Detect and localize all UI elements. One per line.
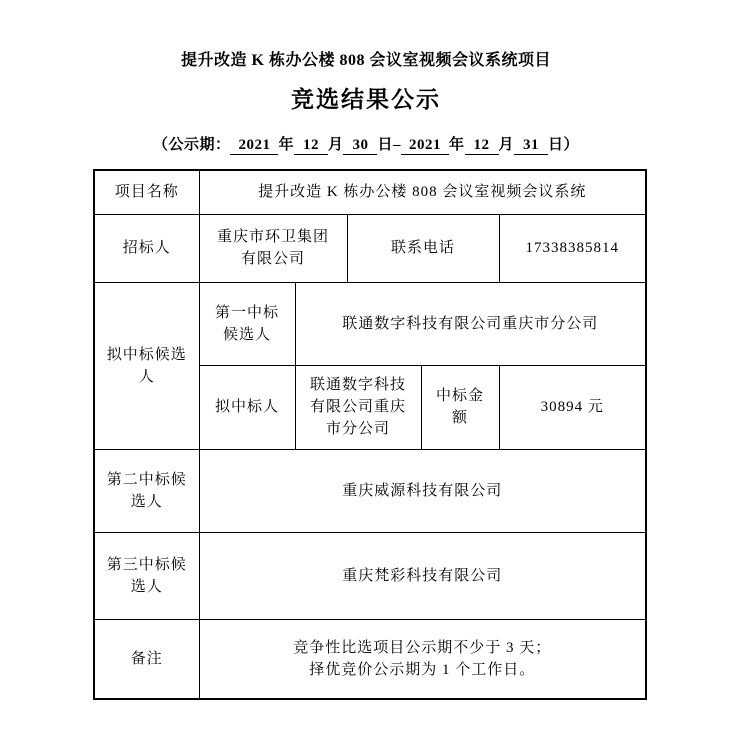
period-month-unit-2: 月 (499, 137, 515, 153)
second-candidate-row: 第二中标候选人 重庆威源科技有限公司 (94, 449, 646, 532)
project-name-label: 项目名称 (94, 170, 199, 214)
first-candidate-row: 拟中标候选人 第一中标候选人 联通数字科技有限公司重庆市分公司 (94, 282, 646, 365)
third-candidate-label: 第三中标候选人 (94, 532, 199, 619)
proposed-winner-label: 拟中标人 (199, 365, 295, 449)
contact-phone-value: 17338385814 (499, 214, 646, 282)
period-start-month: 12 (294, 137, 328, 155)
period-close: ） (564, 137, 580, 153)
period-start-year: 2021 (230, 137, 278, 155)
first-candidate-value: 联通数字科技有限公司重庆市分公司 (295, 282, 646, 365)
project-name-value: 提升改造 K 栋办公楼 808 会议室视频会议系统 (199, 170, 646, 214)
proposed-winner-value: 联通数字科技有限公司重庆市分公司 (295, 365, 421, 449)
document-page: 提升改造 K 栋办公楼 808 会议室视频会议系统项目 竞选结果公示 （公示期：… (0, 0, 732, 737)
candidates-label: 拟中标候选人 (94, 282, 199, 449)
period-start-day: 30 (343, 137, 377, 155)
remark-line-2: 择优竞价公示期为 1 个工作日。 (210, 659, 636, 681)
contact-phone-label: 联系电话 (347, 214, 499, 282)
period-year-unit-2: 年 (449, 137, 465, 153)
remark-row: 备注 竞争性比选项目公示期不少于 3 天； 择优竞价公示期为 1 个工作日。 (94, 619, 646, 699)
results-table: 项目名称 提升改造 K 栋办公楼 808 会议室视频会议系统 招标人 重庆市环卫… (93, 169, 647, 700)
announcement-title: 竞选结果公示 (0, 81, 732, 114)
period-end-year: 2021 (401, 137, 449, 155)
third-candidate-row: 第三中标候选人 重庆梵彩科技有限公司 (94, 532, 646, 619)
period-dash: – (393, 137, 401, 153)
publicity-period: （公示期：2021年12月30日–2021年12月31日） (0, 133, 732, 155)
remark-line-1: 竞争性比选项目公示期不少于 3 天； (210, 637, 636, 659)
award-amount-value: 30894 元 (499, 365, 646, 449)
project-name-row: 项目名称 提升改造 K 栋办公楼 808 会议室视频会议系统 (94, 170, 646, 214)
period-open: （公示期： (153, 137, 231, 153)
second-candidate-label: 第二中标候选人 (94, 449, 199, 532)
period-day-unit: 日 (377, 137, 393, 153)
period-end-month: 12 (465, 137, 499, 155)
second-candidate-value: 重庆威源科技有限公司 (199, 449, 646, 532)
tenderer-value: 重庆市环卫集团有限公司 (199, 214, 347, 282)
period-month-unit: 月 (328, 137, 344, 153)
tenderer-label: 招标人 (94, 214, 199, 282)
period-end-day: 31 (514, 137, 548, 155)
period-day-unit-2: 日 (548, 137, 564, 153)
remark-value: 竞争性比选项目公示期不少于 3 天； 择优竞价公示期为 1 个工作日。 (199, 619, 646, 699)
first-candidate-label: 第一中标候选人 (199, 282, 295, 365)
project-title: 提升改造 K 栋办公楼 808 会议室视频会议系统项目 (0, 47, 732, 70)
tenderer-row: 招标人 重庆市环卫集团有限公司 联系电话 17338385814 (94, 214, 646, 282)
remark-label: 备注 (94, 619, 199, 699)
period-year-unit: 年 (278, 137, 294, 153)
award-amount-label: 中标金额 (421, 365, 499, 449)
third-candidate-value: 重庆梵彩科技有限公司 (199, 532, 646, 619)
